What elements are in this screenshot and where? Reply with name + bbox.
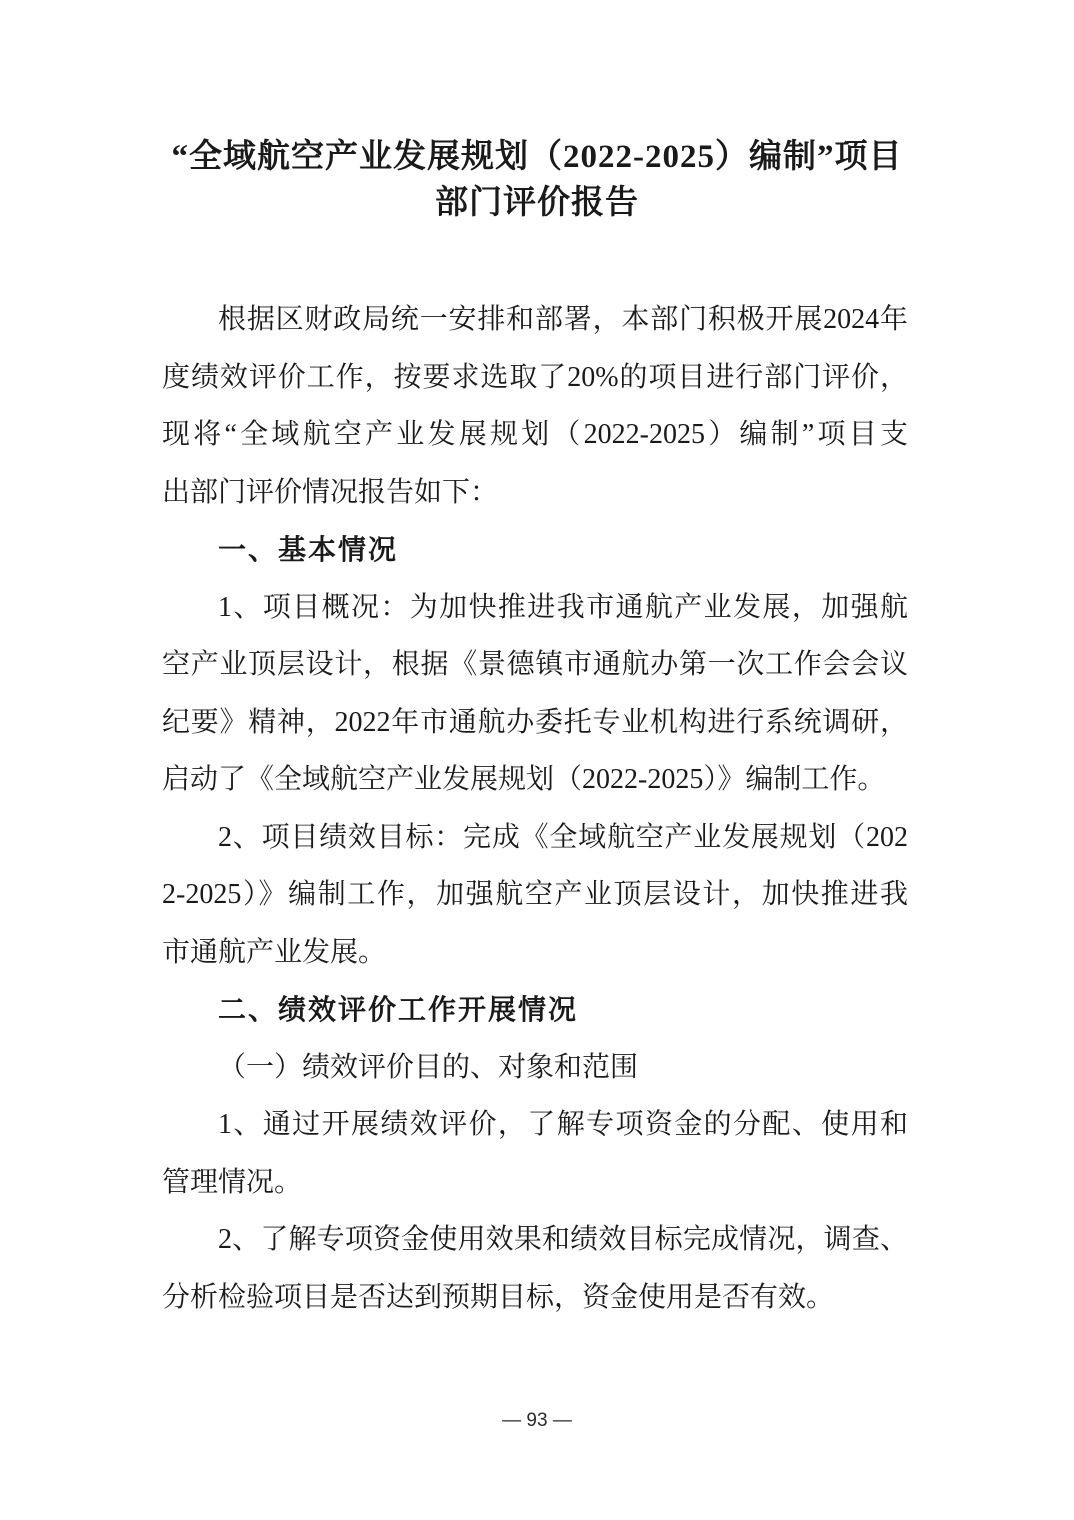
- text-line: 2、项目绩效目标：完成《全域航空产业发展规划（202: [162, 809, 908, 867]
- document-title-line-1: “全域航空产业发展规划（2022-2025）编制”项目: [162, 134, 912, 180]
- document-body: 根据区财政局统一安排和部署，本部门积极开展2024年度绩效评价工作，按要求选取了…: [162, 291, 908, 1326]
- text-line: 现将“全域航空产业发展规划（2022-2025）编制”项目支: [162, 406, 908, 464]
- document-title: “全域航空产业发展规划（2022-2025）编制”项目 部门评价报告: [162, 134, 912, 226]
- text-line: 出部门评价情况报告如下：: [162, 464, 908, 522]
- text-line: 纪要》精神，2022年市通航办委托专业机构进行系统调研，: [162, 694, 908, 752]
- text-line: 度绩效评价工作，按要求选取了20%的项目进行部门评价，: [162, 349, 908, 407]
- text-line: 2、了解专项资金使用效果和绩效目标完成情况，调查、: [162, 1211, 908, 1269]
- document-page: “全域航空产业发展规划（2022-2025）编制”项目 部门评价报告 根据区财政…: [0, 0, 1074, 1520]
- text-line: 1、通过开展绩效评价，了解专项资金的分配、使用和: [162, 1096, 908, 1154]
- text-line: 管理情况。: [162, 1154, 908, 1212]
- text-line: （一）绩效评价目的、对象和范围: [162, 1039, 908, 1097]
- text-line: 空产业顶层设计，根据《景德镇市通航办第一次工作会会议: [162, 636, 908, 694]
- section-heading: 一、基本情况: [162, 521, 908, 579]
- page-footer: — 93 —: [0, 1408, 1074, 1434]
- section-heading: 二、绩效评价工作开展情况: [162, 981, 908, 1039]
- text-line: 根据区财政局统一安排和部署，本部门积极开展2024年: [162, 291, 908, 349]
- text-line: 市通航产业发展。: [162, 924, 908, 982]
- text-line: 1、项目概况：为加快推进我市通航产业发展，加强航: [162, 579, 908, 637]
- page-number: — 93 —: [502, 1410, 572, 1431]
- text-line: 分析检验项目是否达到预期目标，资金使用是否有效。: [162, 1269, 908, 1327]
- text-line: 2-2025）》编制工作，加强航空产业顶层设计，加快推进我: [162, 866, 908, 924]
- text-line: 启动了《全域航空产业发展规划（2022-2025）》编制工作。: [162, 751, 908, 809]
- document-title-line-2: 部门评价报告: [162, 180, 912, 226]
